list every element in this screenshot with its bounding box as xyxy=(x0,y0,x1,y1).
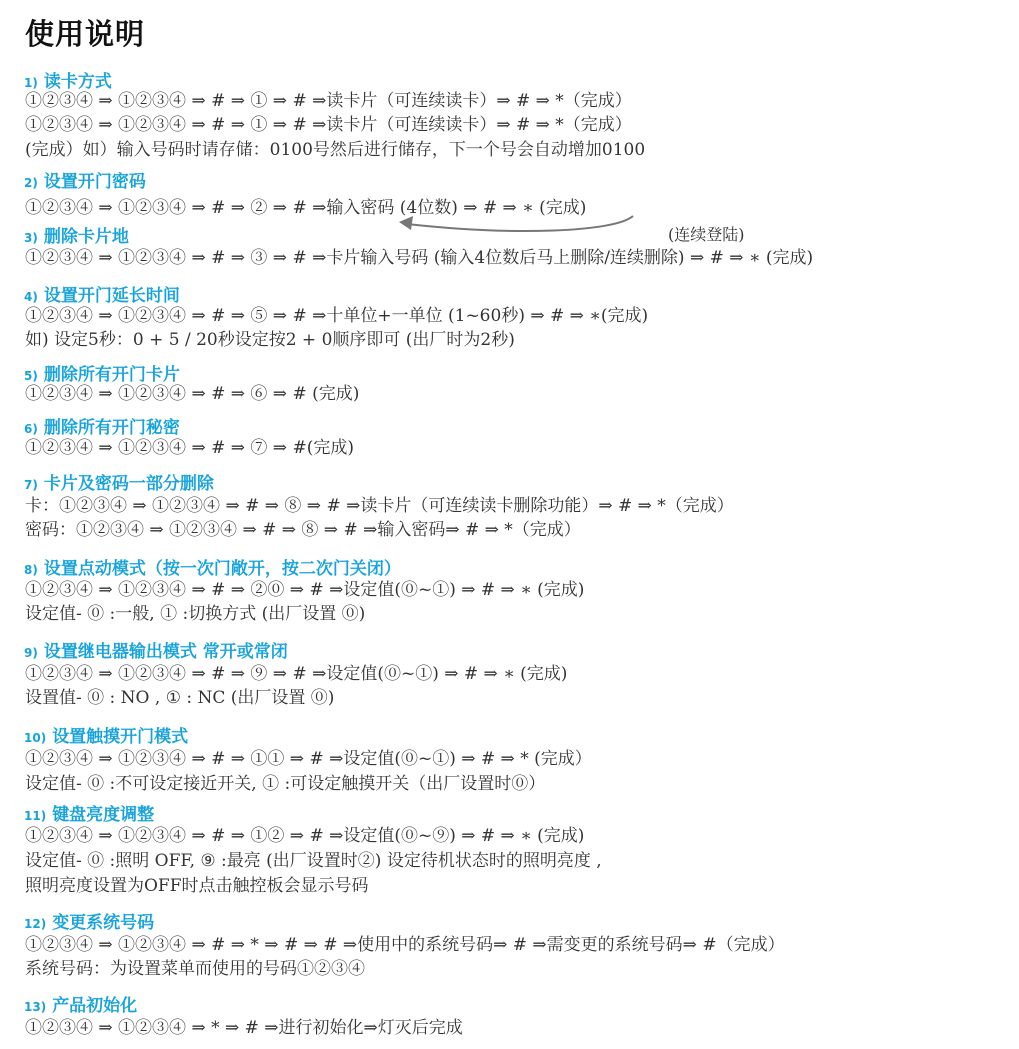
instruction-line: ①②③④ ⇒ ①②③④ ⇒ # ⇒ ②⓪ ⇒ # ⇒设定值(⓪~①) ⇒ # ⇒… xyxy=(25,580,584,600)
instruction-line: 密码：①②③④ ⇒ ①②③④ ⇒ # ⇒ ⑧ ⇒ # ⇒输入密码⇒ # ⇒ *（… xyxy=(25,520,581,540)
section-number: 6) xyxy=(24,422,38,436)
instruction-line: ①②③④ ⇒ ①②③④ ⇒ # ⇒ ①② ⇒ # ⇒设定值(⓪~⑨) ⇒ # ⇒… xyxy=(25,826,584,846)
section-number: 4) xyxy=(24,290,38,304)
section-heading-7: 7)卡片及密码一部分删除 xyxy=(24,469,214,494)
section-number: 10) xyxy=(24,731,46,745)
instruction-line: 设定值- ⓪ :一般, ① :切换方式 (出厂设置 ⓪) xyxy=(25,604,365,624)
section-heading-10: 10)设置触摸开门模式 xyxy=(24,722,188,747)
instruction-line: 卡：①②③④ ⇒ ①②③④ ⇒ # ⇒ ⑧ ⇒ # ⇒读卡片（可连续读卡删除功能… xyxy=(25,496,734,516)
section-title: 设置开门延长时间 xyxy=(44,286,180,306)
section-title: 卡片及密码一部分删除 xyxy=(44,474,214,494)
section-heading-3: 3)删除卡片地 xyxy=(24,222,129,247)
section-title: 设置触摸开门模式 xyxy=(52,727,188,747)
section-heading-13: 13)产品初始化 xyxy=(24,991,137,1016)
section-heading-8: 8)设置点动模式（按一次门敞开，按二次门关闭） xyxy=(24,554,401,579)
section-title: 产品初始化 xyxy=(52,996,137,1016)
instruction-line: 设定值- ⓪ :照明 OFF, ⑨ :最亮 (出厂设置时②) 设定待机状态时的照… xyxy=(25,851,602,871)
instruction-line: ①②③④ ⇒ ①②③④ ⇒ # ⇒ * ⇒ # ⇒ # ⇒使用中的系统号码⇒ #… xyxy=(25,935,785,955)
section-title: 设置继电器输出模式 常开或常闭 xyxy=(44,642,288,662)
section-heading-9: 9)设置继电器输出模式 常开或常闭 xyxy=(24,637,288,662)
instruction-line: 系统号码：为设置菜单而使用的号码①②③④ xyxy=(25,959,365,979)
instruction-line: ①②③④ ⇒ ①②③④ ⇒ # ⇒ ① ⇒ # ⇒读卡片（可连续读卡）⇒ # ⇒… xyxy=(25,115,632,135)
section-title: 变更系统号码 xyxy=(52,913,154,933)
section-title: 删除所有开门卡片 xyxy=(44,365,180,385)
section-number: 11) xyxy=(24,809,46,823)
section-title: 删除卡片地 xyxy=(44,227,129,247)
instruction-line: ①②③④ ⇒ ①②③④ ⇒ # ⇒ ⑦ ⇒ #(完成) xyxy=(25,438,354,458)
section-heading-1: 1)读卡方式 xyxy=(24,67,112,92)
section-number: 9) xyxy=(24,646,38,660)
section-heading-11: 11)键盘亮度调整 xyxy=(24,800,154,825)
continuous-register-note: (连续登陆) xyxy=(668,222,745,245)
section-title: 删除所有开门秘密 xyxy=(44,418,180,438)
loop-back-arrow-icon xyxy=(395,210,695,240)
section-number: 3) xyxy=(24,231,38,245)
instruction-line: ①②③④ ⇒ ①②③④ ⇒ # ⇒ ③ ⇒ # ⇒卡片输入号码 (输入4位数后马… xyxy=(25,248,813,268)
section-title: 设置点动模式（按一次门敞开，按二次门关闭） xyxy=(44,559,401,579)
section-number: 12) xyxy=(24,917,46,931)
section-heading-12: 12)变更系统号码 xyxy=(24,908,154,933)
instruction-line: ①②③④ ⇒ ①②③④ ⇒ # ⇒ ⑨ ⇒ # ⇒设定值(⓪~①) ⇒ # ⇒ … xyxy=(25,664,567,684)
section-heading-4: 4)设置开门延长时间 xyxy=(24,281,180,306)
section-title: 键盘亮度调整 xyxy=(52,805,154,825)
section-heading-5: 5)删除所有开门卡片 xyxy=(24,360,180,385)
section-title: 读卡方式 xyxy=(44,72,112,92)
instruction-line: ①②③④ ⇒ ①②③④ ⇒ # ⇒ ① ⇒ # ⇒读卡片（可连续读卡）⇒ # ⇒… xyxy=(25,91,632,111)
instruction-line: ①②③④ ⇒ ①②③④ ⇒ # ⇒ ①① ⇒ # ⇒设定值(⓪~①) ⇒ # ⇒… xyxy=(25,749,592,769)
section-number: 2) xyxy=(24,176,38,190)
section-title: 设置开门密码 xyxy=(44,172,146,192)
instruction-line: (完成）如）输入号码时请存储：0100号然后进行储存，下一个号会自动增加0100 xyxy=(25,140,645,160)
instruction-line: 设置值- ⓪ : NO , ① : NC (出厂设置 ⓪) xyxy=(25,688,334,708)
section-number: 7) xyxy=(24,478,38,492)
section-number: 13) xyxy=(24,1000,46,1014)
section-heading-2: 2)设置开门密码 xyxy=(24,167,146,192)
instruction-line: ①②③④ ⇒ ①②③④ ⇒ * ⇒ # ⇒进行初始化⇒灯灭后完成 xyxy=(25,1018,463,1038)
instruction-line: 照明亮度设置为OFF时点击触控板会显示号码 xyxy=(25,876,369,896)
section-number: 5) xyxy=(24,369,38,383)
section-number: 8) xyxy=(24,563,38,577)
section-heading-6: 6)删除所有开门秘密 xyxy=(24,413,180,438)
instruction-line: ①②③④ ⇒ ①②③④ ⇒ # ⇒ ⑥ ⇒ # (完成) xyxy=(25,384,359,404)
instruction-line: 如) 设定5秒：0 + 5 / 20秒设定按2 + 0顺序即可 (出厂时为2秒) xyxy=(25,330,515,350)
instruction-line: ①②③④ ⇒ ①②③④ ⇒ # ⇒ ⑤ ⇒ # ⇒十单位+一单位 (1~60秒)… xyxy=(25,306,648,326)
section-number: 1) xyxy=(24,76,38,90)
instruction-line: 设定值- ⓪ :不可设定接近开关, ① :可设定触摸开关（出厂设置时⓪） xyxy=(25,774,545,794)
page-title: 使用说明 xyxy=(25,12,145,53)
